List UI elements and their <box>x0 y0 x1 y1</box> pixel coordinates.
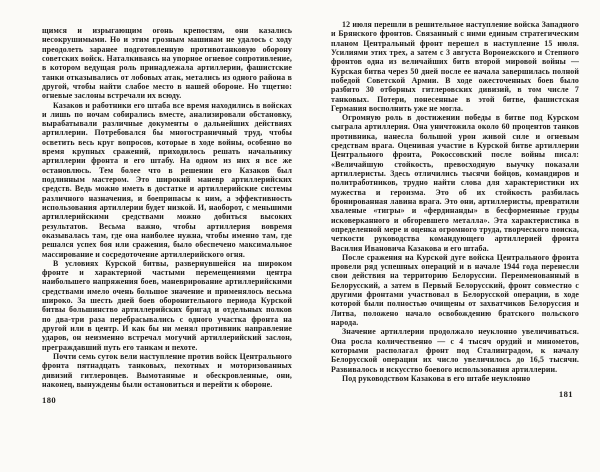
paragraph: В условиях Курской битвы, развернувшейся… <box>42 259 292 352</box>
paragraph: щимся и изрыгающим огонь крепостям, они … <box>42 26 292 101</box>
page-left: щимся и изрыгающим огонь крепостям, они … <box>42 0 292 405</box>
paragraph: Под руководством Казакова в его штабе не… <box>331 374 579 383</box>
page-number-left: 180 <box>42 395 292 405</box>
book-spread: щимся и изрыгающим огонь крепостям, они … <box>0 0 600 472</box>
paragraph: Значение артиллерии продолжало неуклонно… <box>331 327 579 374</box>
paragraph: Казаков и работники его штаба все время … <box>42 101 292 259</box>
paragraph: 12 июля перешли в решительное наступлени… <box>331 20 579 113</box>
paragraph: После сражения на Курской дуге войска Це… <box>331 253 579 328</box>
paragraph: Огромную роль в достижении победы в битв… <box>331 113 579 253</box>
paragraph: Почти семь суток вели наступление против… <box>42 352 292 389</box>
page-right: 12 июля перешли в решительное наступлени… <box>331 0 579 399</box>
page-number-right: 181 <box>331 389 579 399</box>
